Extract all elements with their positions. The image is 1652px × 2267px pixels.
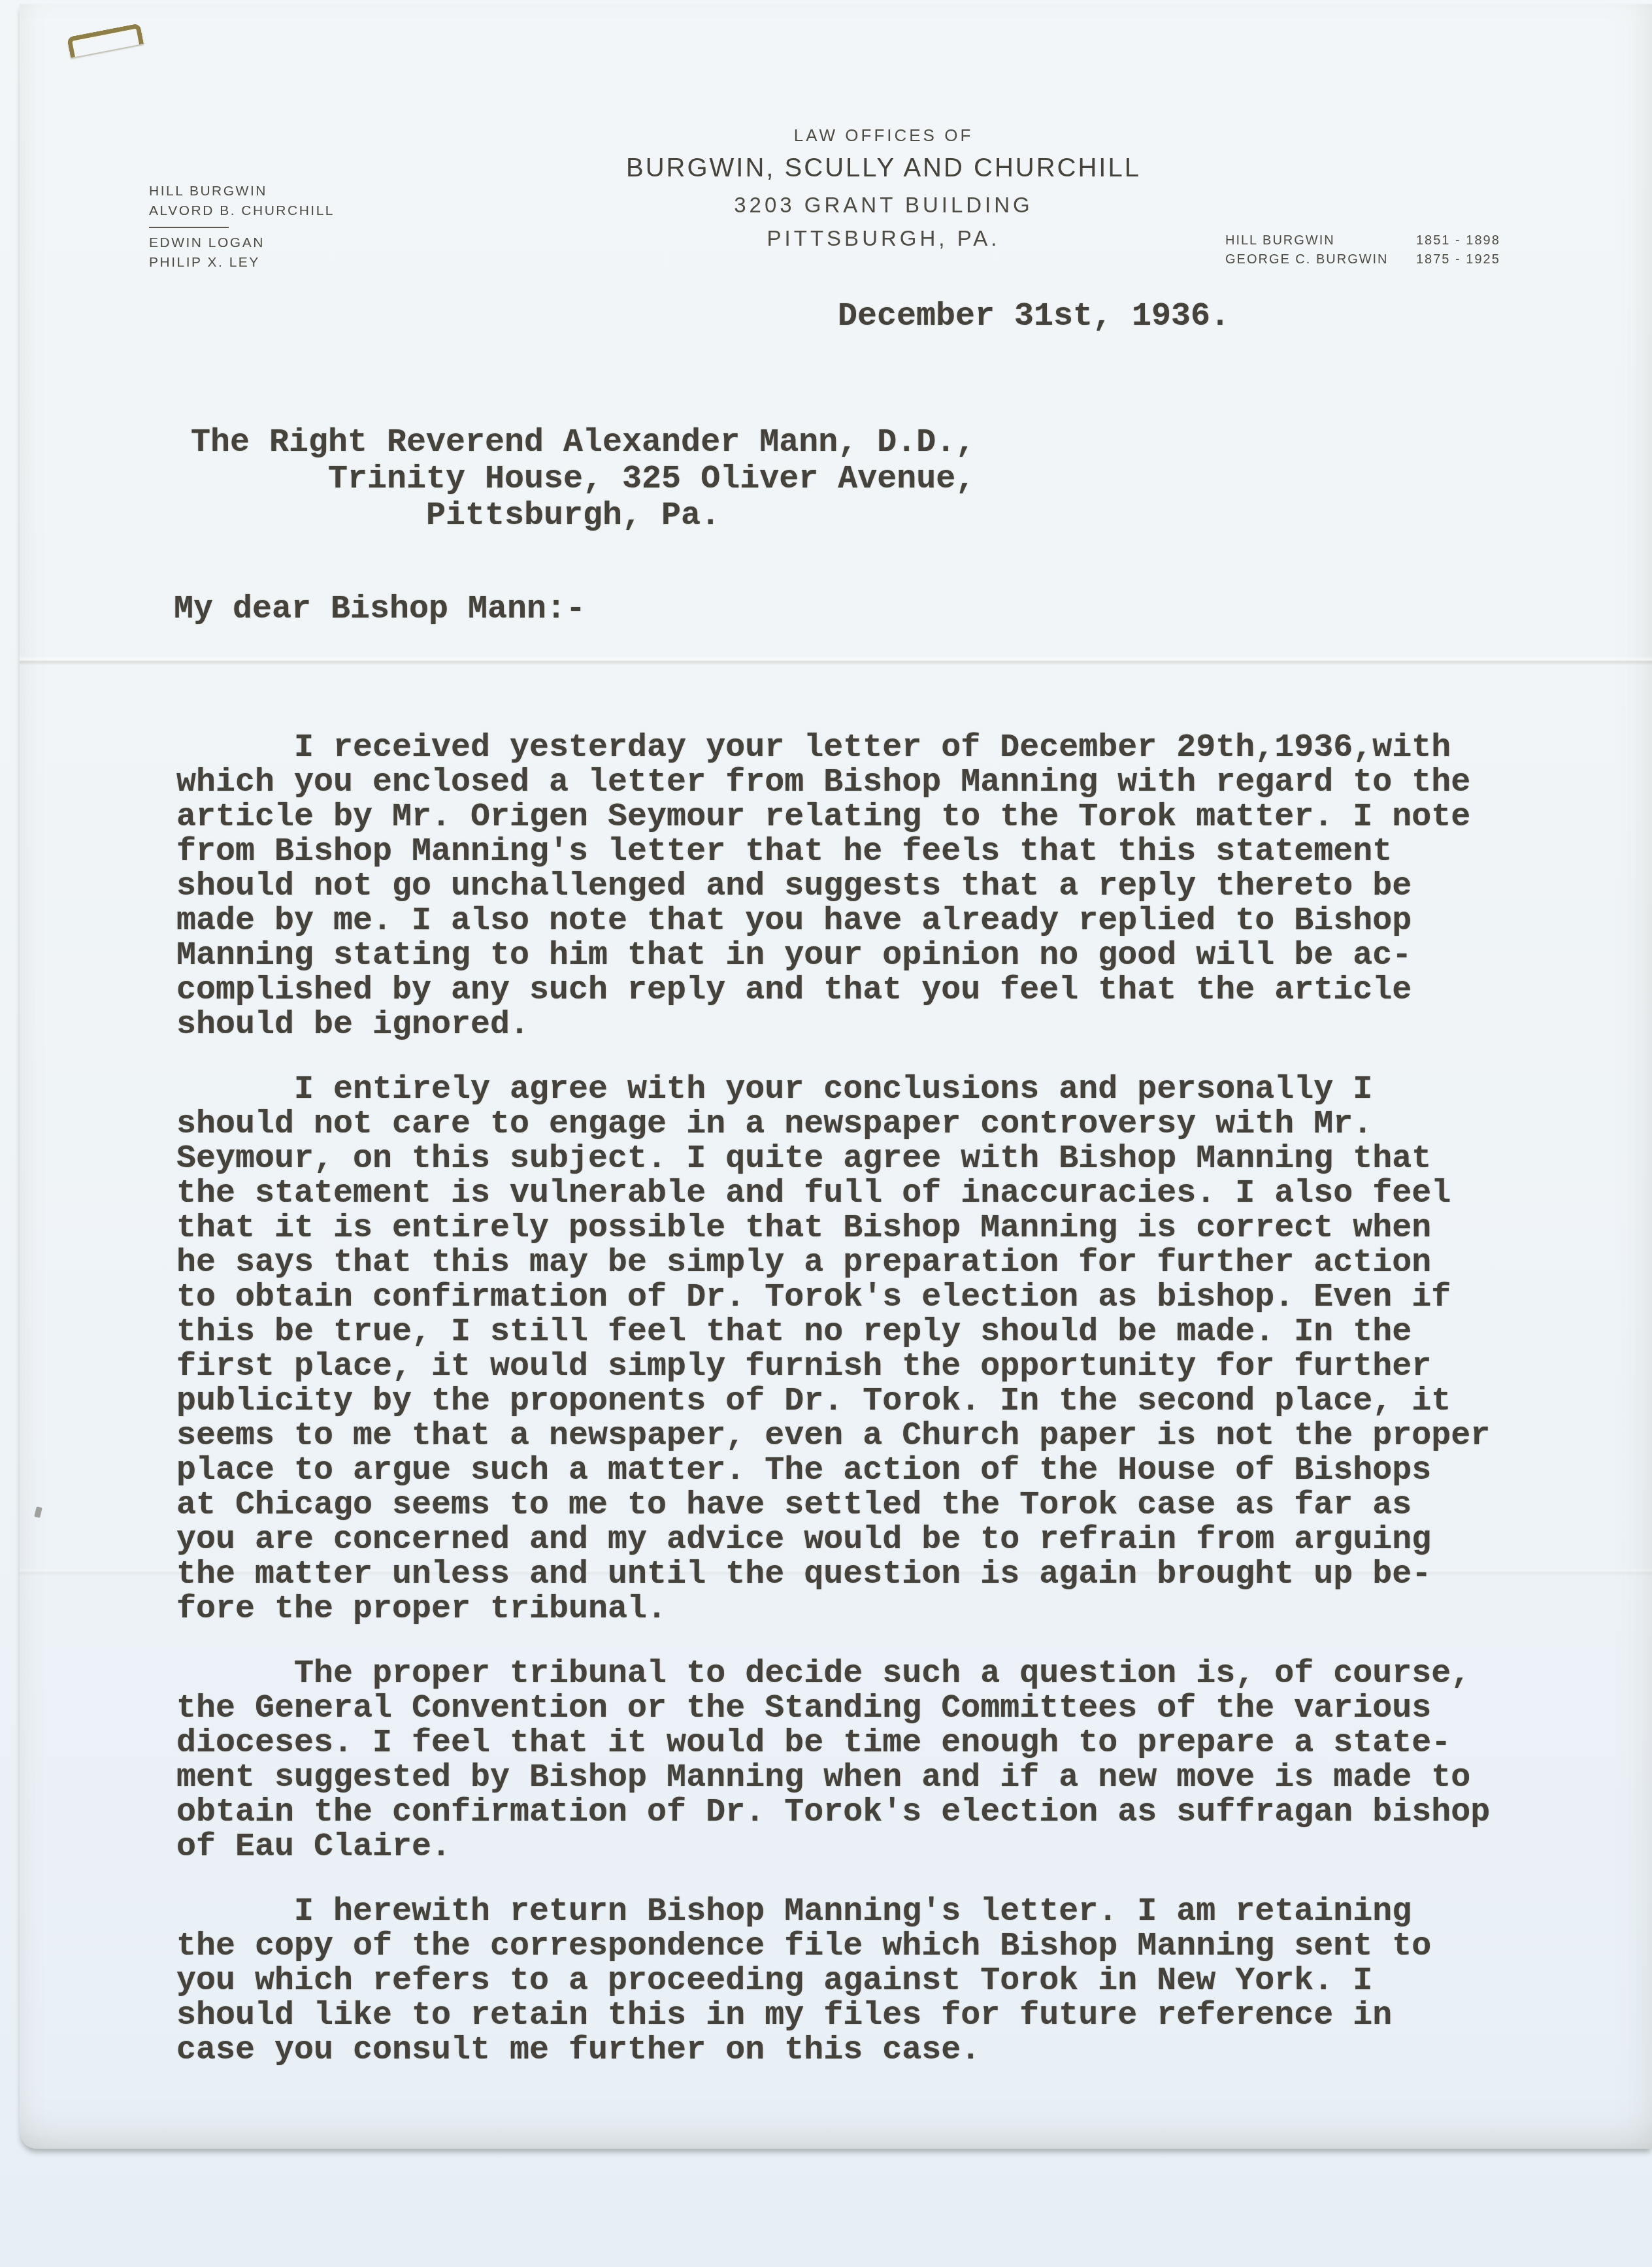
staple-icon <box>67 23 144 58</box>
firm-name: BURGWIN, SCULLY AND CHURCHILL <box>570 154 1197 183</box>
paragraph-2: I entirely agree with your conclusions a… <box>176 1072 1581 1627</box>
firm-street: 3203 GRANT BUILDING <box>570 193 1197 218</box>
letter-body: I received yesterday your letter of Dece… <box>176 731 1581 2098</box>
paragraph-3: The proper tribunal to decide such a que… <box>176 1657 1581 1864</box>
memorial-years: 1851 - 1898 <box>1416 231 1500 250</box>
attorney-group-primary: HILL BURGWINALVORD B. CHURCHILL <box>149 182 335 221</box>
scanned-letter: { "letterhead": { "office_label": "LAW O… <box>0 0 1652 2267</box>
memorial-name: GEORGE C. BURGWIN <box>1225 250 1416 269</box>
letterhead-attorneys: HILL BURGWINALVORD B. CHURCHILL EDWIN LO… <box>149 182 335 273</box>
memorial-row: GEORGE C. BURGWIN 1875 - 1925 <box>1225 250 1500 269</box>
letter-date: December 31st, 1936. <box>838 298 1230 335</box>
paragraph-1: I received yesterday your letter of Dece… <box>176 731 1581 1042</box>
letterhead-divider <box>149 227 229 228</box>
memorial-years: 1875 - 1925 <box>1416 250 1500 269</box>
attorney-group-secondary: EDWIN LOGANPHILIP X. LEY <box>149 233 335 273</box>
firm-city: PITTSBURGH, PA. <box>570 226 1197 251</box>
margin-mark <box>34 1506 42 1518</box>
salutation: My dear Bishop Mann:- <box>174 591 586 628</box>
letterhead-firm-block: LAW OFFICES OF BURGWIN, SCULLY AND CHURC… <box>570 125 1197 251</box>
paragraph-4: I herewith return Bishop Manning's lette… <box>176 1895 1581 2068</box>
letterhead-memorial: HILL BURGWIN 1851 - 1898 GEORGE C. BURGW… <box>1225 231 1500 269</box>
letter-page: HILL BURGWINALVORD B. CHURCHILL EDWIN LO… <box>20 4 1652 2149</box>
memorial-name: HILL BURGWIN <box>1225 231 1416 250</box>
recipient-address: The Right Reverend Alexander Mann, D.D.,… <box>191 425 975 535</box>
fold-crease-top <box>20 656 1652 665</box>
memorial-row: HILL BURGWIN 1851 - 1898 <box>1225 231 1500 250</box>
office-label: LAW OFFICES OF <box>570 125 1197 146</box>
